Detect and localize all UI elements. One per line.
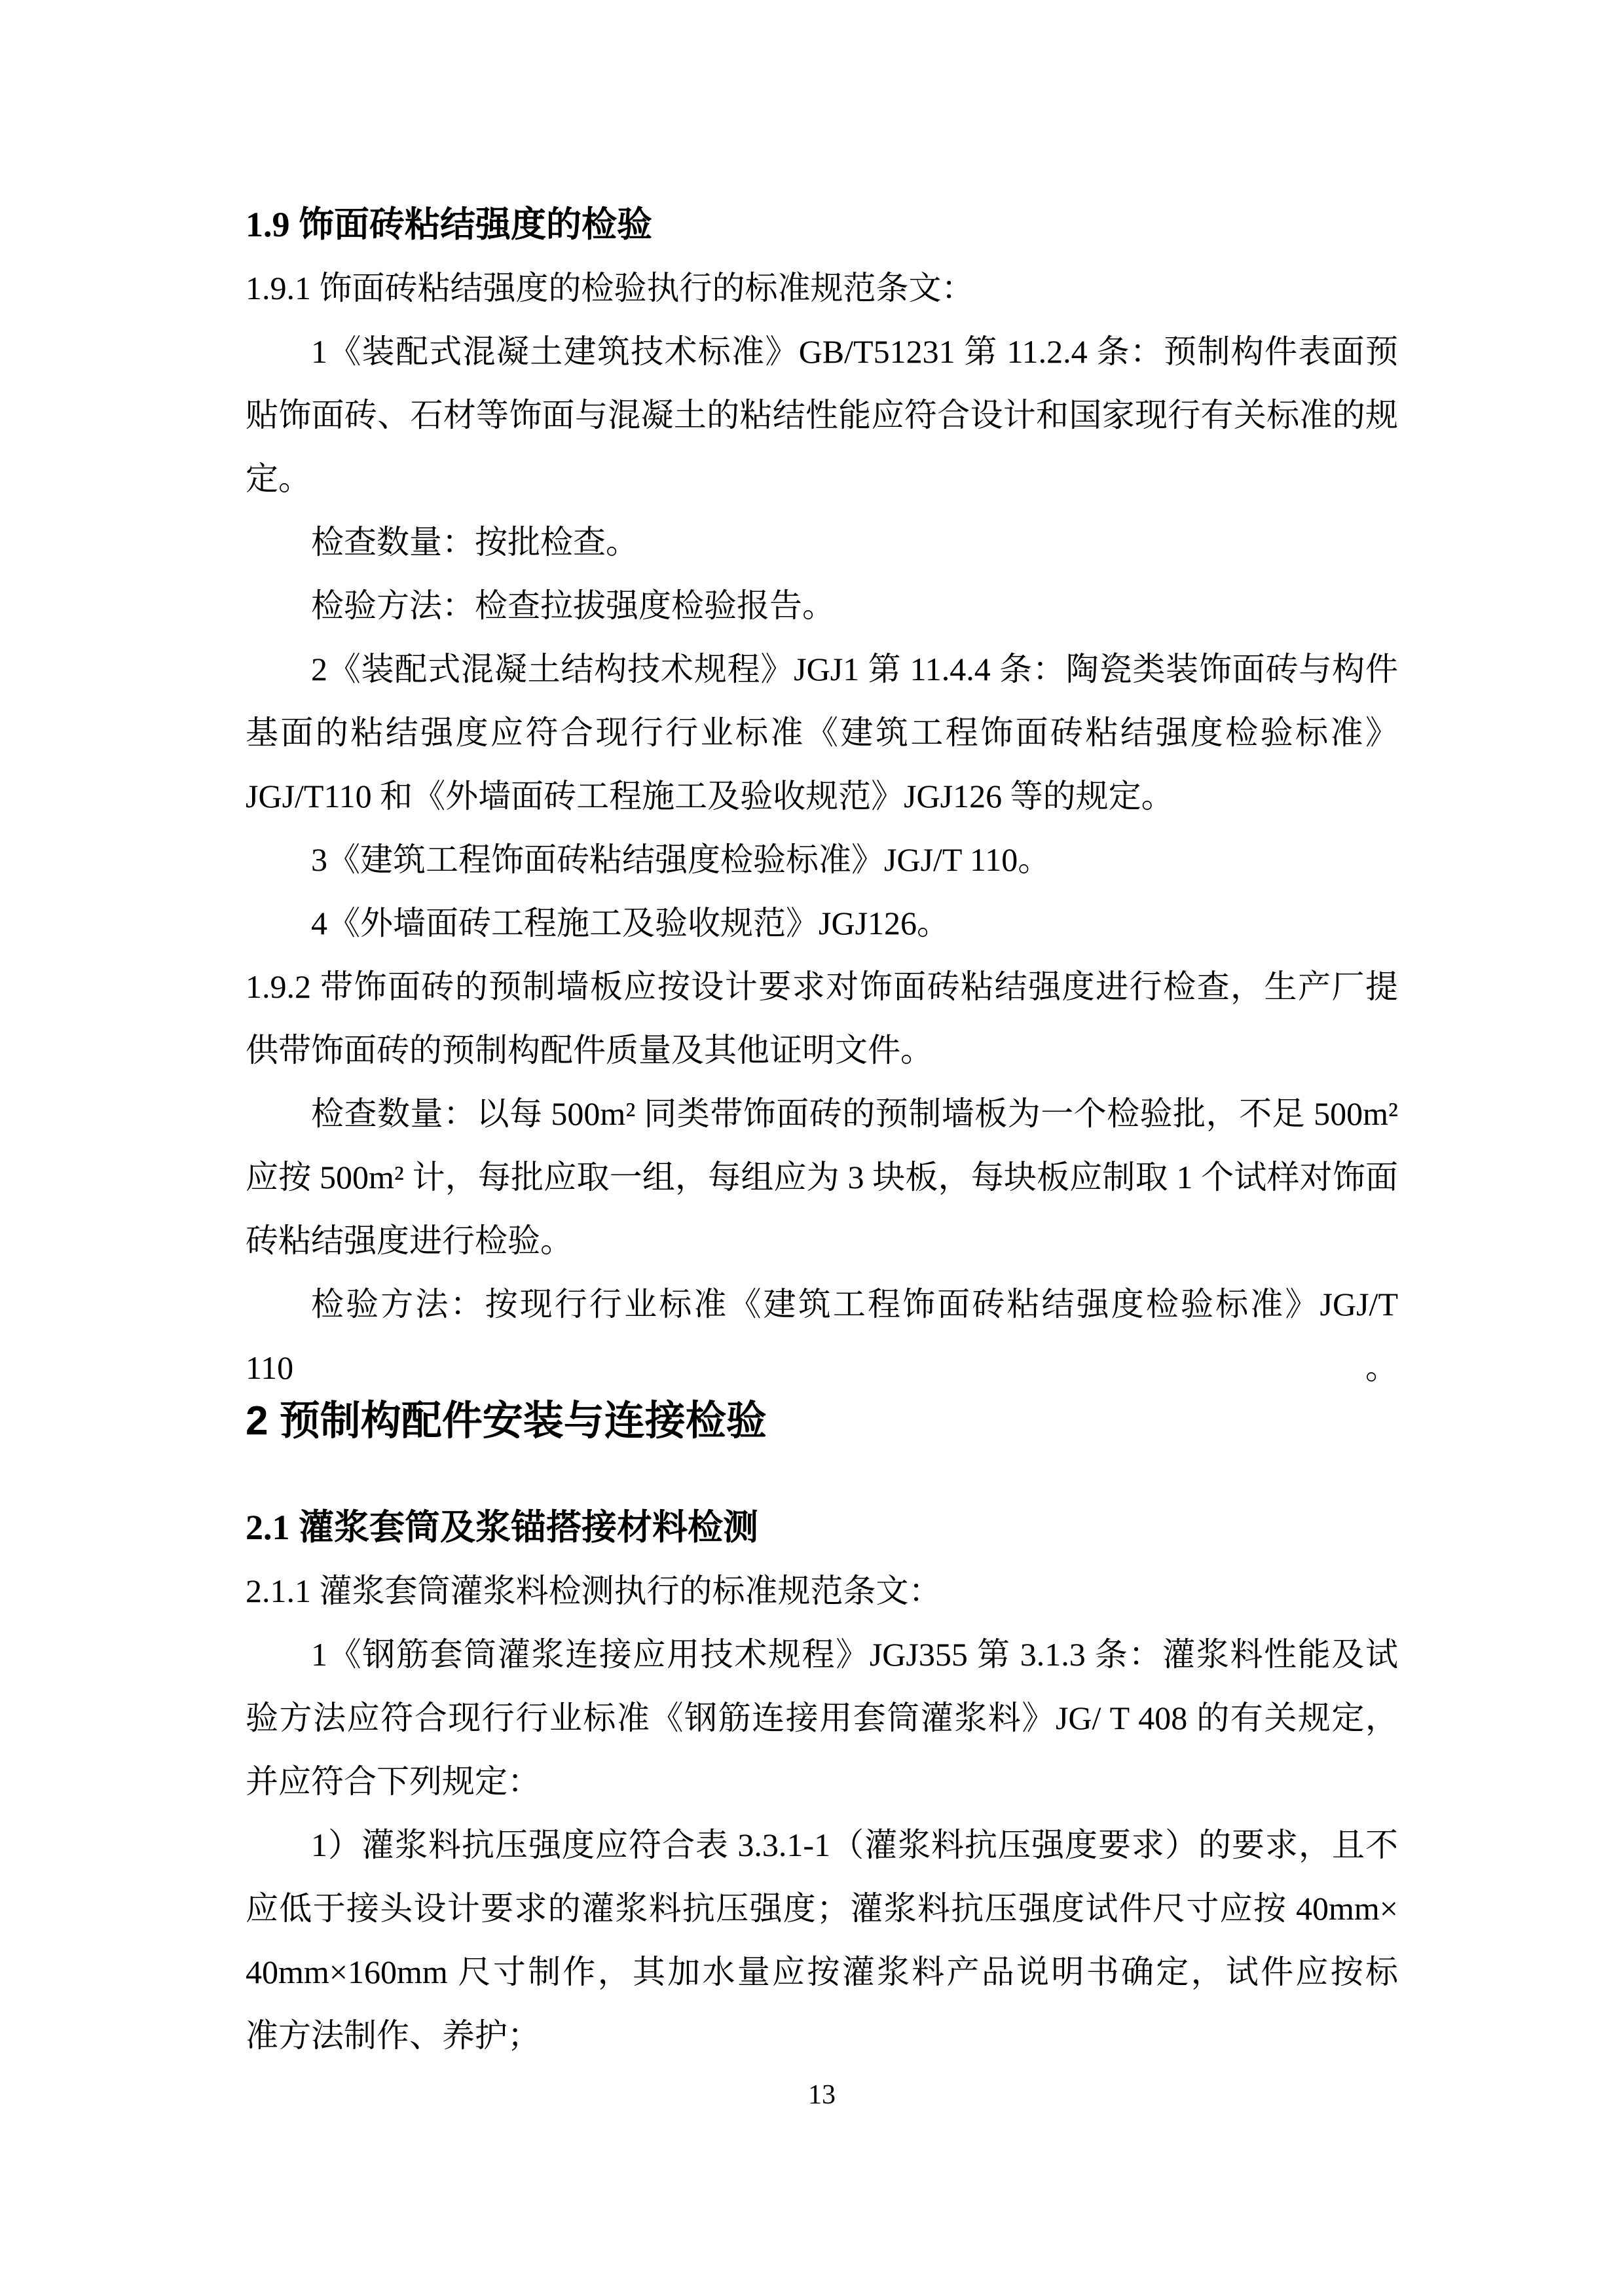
ref-item-3-line: 3《建筑工程饰面砖粘结强度检验标准》JGJ/T 110。 bbox=[246, 828, 1398, 892]
grout-strength-item-line-2: 应低于接头设计要求的灌浆料抗压强度；灌浆料抗压强度试件尺寸应按 40mm× bbox=[246, 1877, 1398, 1941]
ref-jgj355-line-2: 验方法应符合现行行业标准《钢筋连接用套筒灌浆料》JG/ T 408 的有关规定， bbox=[246, 1686, 1398, 1750]
check-quantity-batch-line: 检查数量：按批检查。 bbox=[246, 511, 1398, 574]
grout-strength-item-line-4: 准方法制作、养护； bbox=[246, 2004, 1398, 2068]
ref-item-1-line-3: 定。 bbox=[246, 447, 1398, 511]
check-quantity-500m2-line-3: 砖粘结强度进行检验。 bbox=[246, 1209, 1398, 1273]
ref-item-1-line-1: 1《装配式混凝土建筑技术标准》GB/T51231 第 11.2.4 条：预制构件… bbox=[246, 320, 1398, 384]
ref-item-4-line: 4《外墙面砖工程施工及验收规范》JGJ126。 bbox=[246, 892, 1398, 955]
check-quantity-500m2-line-1: 检查数量：以每 500m² 同类带饰面砖的预制墙板为一个检验批，不足 500m² bbox=[246, 1082, 1398, 1146]
heading-2-1: 2.1 灌浆套筒及浆锚搭接材料检测 bbox=[246, 1496, 1398, 1559]
ref-item-2-line-3: JGJ/T110 和《外墙面砖工程施工及验收规范》JGJ126 等的规定。 bbox=[246, 765, 1398, 828]
ref-jgj355-line-3: 并应符合下列规定： bbox=[246, 1750, 1398, 1813]
grout-strength-item-line-3: 40mm×160mm 尺寸制作，其加水量应按灌浆料产品说明书确定，试件应按标 bbox=[246, 1941, 1398, 2004]
check-quantity-500m2-line-2: 应按 500m² 计，每批应取一组，每组应为 3 块板，每块板应制取 1 个试样… bbox=[246, 1146, 1398, 1209]
check-method-pullout-line: 检验方法：检查拉拔强度检验报告。 bbox=[246, 574, 1398, 638]
ref-item-2-line-1: 2《装配式混凝土结构技术规程》JGJ1 第 11.4.4 条：陶瓷类装饰面砖与构… bbox=[246, 638, 1398, 701]
heading-1-9: 1.9 饰面砖粘结强度的检验 bbox=[246, 193, 1398, 257]
check-method-jgjt110-line: 检验方法：按现行行业标准《建筑工程饰面砖粘结强度检验标准》JGJ/T 110。 bbox=[246, 1273, 1398, 1336]
para-2-1-1-intro: 2.1.1 灌浆套筒灌浆料检测执行的标准规范条文： bbox=[246, 1559, 1398, 1623]
ref-item-2-line-2: 基面的粘结强度应符合现行行业标准《建筑工程饰面砖粘结强度检验标准》 bbox=[246, 701, 1398, 765]
ref-jgj355-line-1: 1《钢筋套筒灌浆连接应用技术规程》JGJ355 第 3.1.3 条：灌浆料性能及… bbox=[246, 1623, 1398, 1686]
para-1-9-1-intro: 1.9.1 饰面砖粘结强度的检验执行的标准规范条文： bbox=[246, 257, 1398, 320]
para-1-9-2-line-2: 供带饰面砖的预制构配件质量及其他证明文件。 bbox=[246, 1019, 1398, 1082]
document-page: 1.9 饰面砖粘结强度的检验 1.9.1 饰面砖粘结强度的检验执行的标准规范条文… bbox=[0, 0, 1624, 2296]
grout-strength-item-line-1: 1）灌浆料抗压强度应符合表 3.3.1-1（灌浆料抗压强度要求）的要求，且不 bbox=[246, 1813, 1398, 1877]
ref-item-1-line-2: 贴饰面砖、石材等饰面与混凝土的粘结性能应符合设计和国家现行有关标准的规 bbox=[246, 384, 1398, 447]
para-1-9-2-line-1: 1.9.2 带饰面砖的预制墙板应按设计要求对饰面砖粘结强度进行检查，生产厂提 bbox=[246, 955, 1398, 1019]
page-number: 13 bbox=[246, 2075, 1398, 2115]
